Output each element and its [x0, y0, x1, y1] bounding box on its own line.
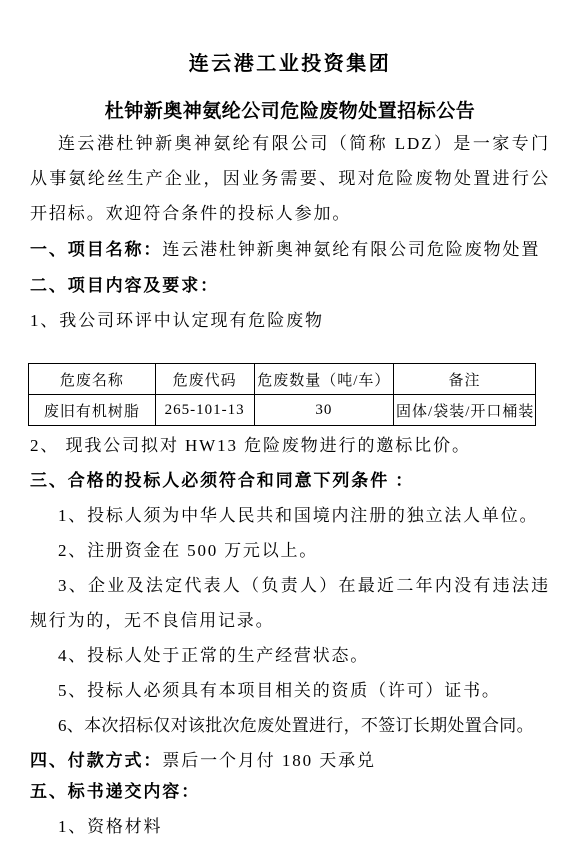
doc-title: 连云港工业投资集团 [30, 54, 550, 74]
section-1-project-name: 一、项目名称：连云港杜钟新奥神氨纶有限公司危险废物处置 [30, 232, 550, 267]
intro-paragraph: 连云港杜钟新奥神氨纶有限公司（简称 LDZ）是一家专门从事氨纶丝生产企业，因业务… [30, 126, 550, 231]
table-header-waste-code: 危废代码 [155, 364, 254, 395]
table-cell-waste-amount: 30 [254, 395, 393, 426]
section-1-label: 一、项目名称： [30, 240, 162, 259]
section-4-label: 四、付款方式： [30, 751, 162, 770]
document-page: 连云港工业投资集团 杜钟新奥神氨纶公司危险废物处置招标公告 连云港杜钟新奥神氨纶… [0, 0, 580, 850]
doc-subtitle: 杜钟新奥神氨纶公司危险废物处置招标公告 [30, 102, 550, 122]
section-4-text: 票后一个月付 180 天承兑 [162, 751, 376, 770]
condition-2: 2、注册资金在 500 万元以上。 [30, 533, 550, 568]
table-header-row: 危废名称 危废代码 危废数量（吨/车） 备注 [29, 364, 536, 395]
condition-6: 6、本次招标仅对该批次危废处置进行，不签订长期处置合同。 [30, 708, 550, 743]
condition-4: 4、投标人处于正常的生产经营状态。 [30, 638, 550, 673]
table-cell-remark: 固体/袋装/开口桶装 [394, 395, 536, 426]
section-5-item-1: 1、资格材料 [30, 809, 550, 844]
condition-3: 3、企业及法定代表人（负责人）在最近二年内没有违法违规行为的，无不良信用记录。 [30, 568, 550, 638]
section-5-heading: 五、标书递交内容： [30, 774, 550, 809]
table-header-waste-name: 危废名称 [29, 364, 156, 395]
condition-1: 1、投标人须为中华人民共和国境内注册的独立法人单位。 [30, 498, 550, 533]
condition-5: 5、投标人必须具有本项目相关的资质（许可）证书。 [30, 673, 550, 708]
section-3-heading: 三、合格的投标人必须符合和同意下列条件 ： [30, 463, 550, 498]
section-4-payment: 四、付款方式：票后一个月付 180 天承兑 [30, 743, 550, 778]
table-header-remark: 备注 [394, 364, 536, 395]
section-2-item-2: 2、 现我公司拟对 HW13 危险废物进行的邀标比价。 [30, 428, 550, 463]
section-2-heading: 二、项目内容及要求： [30, 268, 550, 303]
table-cell-waste-code: 265-101-13 [155, 395, 254, 426]
table-header-waste-amount: 危废数量（吨/车） [254, 364, 393, 395]
table-row: 废旧有机树脂 265-101-13 30 固体/袋装/开口桶装 [29, 395, 536, 426]
hazardous-waste-table: 危废名称 危废代码 危废数量（吨/车） 备注 废旧有机树脂 265-101-13… [28, 363, 536, 426]
section-2-item-1: 1、我公司环评中认定现有危险废物 [30, 303, 550, 338]
section-1-text: 连云港杜钟新奥神氨纶有限公司危险废物处置 [162, 240, 540, 259]
table-cell-waste-name: 废旧有机树脂 [29, 395, 156, 426]
